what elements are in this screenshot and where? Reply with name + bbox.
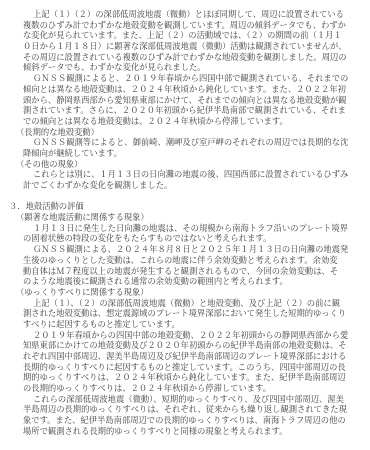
text-line: 長期的ゆっくりすべりに起因するものと推定しています。このうち、四国中部周辺の長: [0, 362, 370, 373]
text-line: 場所で観測される長期的ゆっくりすべりと同様の現象と考えられます。: [0, 426, 370, 437]
text-line: 測された地殻変動は、想定震源域のプレート境界深部において発生した短期的ゆっくり: [0, 308, 370, 319]
subheader-line: （長期的な地殻変動）: [0, 127, 370, 138]
subheader-line: （顕著な地震活動に関係する現象）: [0, 212, 370, 223]
text-line: 象です。また、紀伊半島南部周辺での長期的ゆっくりすべりは、南海トラフ周辺の他の: [0, 415, 370, 426]
text-line: 複数のひずみ計でわずかな地殻変動を観測しています。周辺の傾斜データでも、わずか: [0, 20, 370, 31]
blank-line: [0, 191, 370, 202]
document-page: 上記（１）（２）の深部低周波地震（微動）とほぼ同期して、周辺に設置されている複数…: [0, 0, 370, 450]
text-line: ＧＮＳＳ観測によると、２０１９年春頃から四国中部で観測されている、それまでの: [0, 73, 370, 84]
text-line: 上記（１）、（２）の深部低周波地震（微動）と地殻変動、及び上記（２）の前に観: [0, 298, 370, 309]
text-line: 計でごくわずかな変化を観測しました。: [0, 180, 370, 191]
text-line: の長期的ゆっくりすべりは、２０２４年秋頃から停滞しています。: [0, 383, 370, 394]
text-line: その周辺に設置されている複数のひずみ計でわずかな地殻変動を観測しました。周辺の: [0, 52, 370, 63]
text-line: ０日から１月１８日）に顕著な深部低周波地震（微動）活動は観測されていませんが、: [0, 41, 370, 52]
subheader-line: （ゆっくりすべりに関係する現象）: [0, 287, 370, 298]
document-lines: 上記（１）（２）の深部低周波地震（微動）とほぼ同期して、周辺に設置されている複数…: [0, 9, 370, 437]
subheader-line: （その他の現象）: [0, 159, 370, 170]
text-line: 頭から、静岡県西部から愛知県東部にかけて、それまでの傾向とは異なる地殻変動が観: [0, 95, 370, 106]
section-header-line: ３．地殻活動の評価: [0, 201, 370, 212]
text-line: 傾向とは異なる地殻変動は、２０２４年秋頃から鈍化しています。また、２０２２年初: [0, 84, 370, 95]
text-line: 動自体はＭ７程度以上の地震が発生すると観測されるもので、今回の余効変動は、そ: [0, 266, 370, 277]
text-line: これらとは別に、１月１３日の日向灘の地震の後、四国西部に設置されているひずみ: [0, 169, 370, 180]
text-line: 傾斜データでも、わずかな変化が見られました。: [0, 62, 370, 73]
text-line: の固着状態の特段の変化をもたらすものではないと考えられます。: [0, 233, 370, 244]
text-line: での傾向とは異なる地殻変動は、２０２４年秋頃から停滞しています。: [0, 116, 370, 127]
text-line: な変化が見られています。また、上記（２）の活動域では、（２）の期間の前（１月１: [0, 30, 370, 41]
text-line: 期的ゆっくりすべりは、２０２４年秋頃から鈍化しています。また、紀伊半島南部周辺: [0, 372, 370, 383]
text-line: ＧＮＳＳ観測等によると、御前崎、潮岬及び室戸岬のそれぞれの周辺では長期的な沈: [0, 137, 370, 148]
text-line: ２０１９年春頃からの四国中部の地殻変動、２０２２年初頭からの静岡県西部から愛: [0, 330, 370, 341]
text-line: １月１３日に発生した日向灘の地震は、その規模から南海トラフ沿いのプレート境界: [0, 223, 370, 234]
text-line: 生後のゆっくりとした変動は、これらの地震に伴う余効変動と考えられます。余効変: [0, 255, 370, 266]
text-line: 知県東部にかけての地殻変動及び２０２０年初頭からの紀伊半島南部の地殻変動は、そ: [0, 340, 370, 351]
text-line: のような地震後に観測される通常の余効変動の範囲内と考えられます。: [0, 276, 370, 287]
text-line: 半島周辺の長期的ゆっくりすべりは、それぞれ、従来からも繰り返し観測されてきた現: [0, 404, 370, 415]
text-line: れぞれ四国中部周辺、渥美半島周辺及び紀伊半島南部周辺のプレート境界深部における: [0, 351, 370, 362]
text-line: 測されています。さらに、２０２０年初頭から紀伊半島南部で観測されている、それま: [0, 105, 370, 116]
text-line: ＧＮＳＳ観測による、２０２４年８月８日と２０２５年１月１３日の日向灘の地震発: [0, 244, 370, 255]
text-line: すべりに起因するものと推定しています。: [0, 319, 370, 330]
text-line: 上記（１）（２）の深部低周波地震（微動）とほぼ同期して、周辺に設置されている: [0, 9, 370, 20]
text-line: これらの深部低周波地震（微動）、短期的ゆっくりすべり、及び四国中部周辺、渥美: [0, 394, 370, 405]
text-line: 降傾向が継続しています。: [0, 148, 370, 159]
